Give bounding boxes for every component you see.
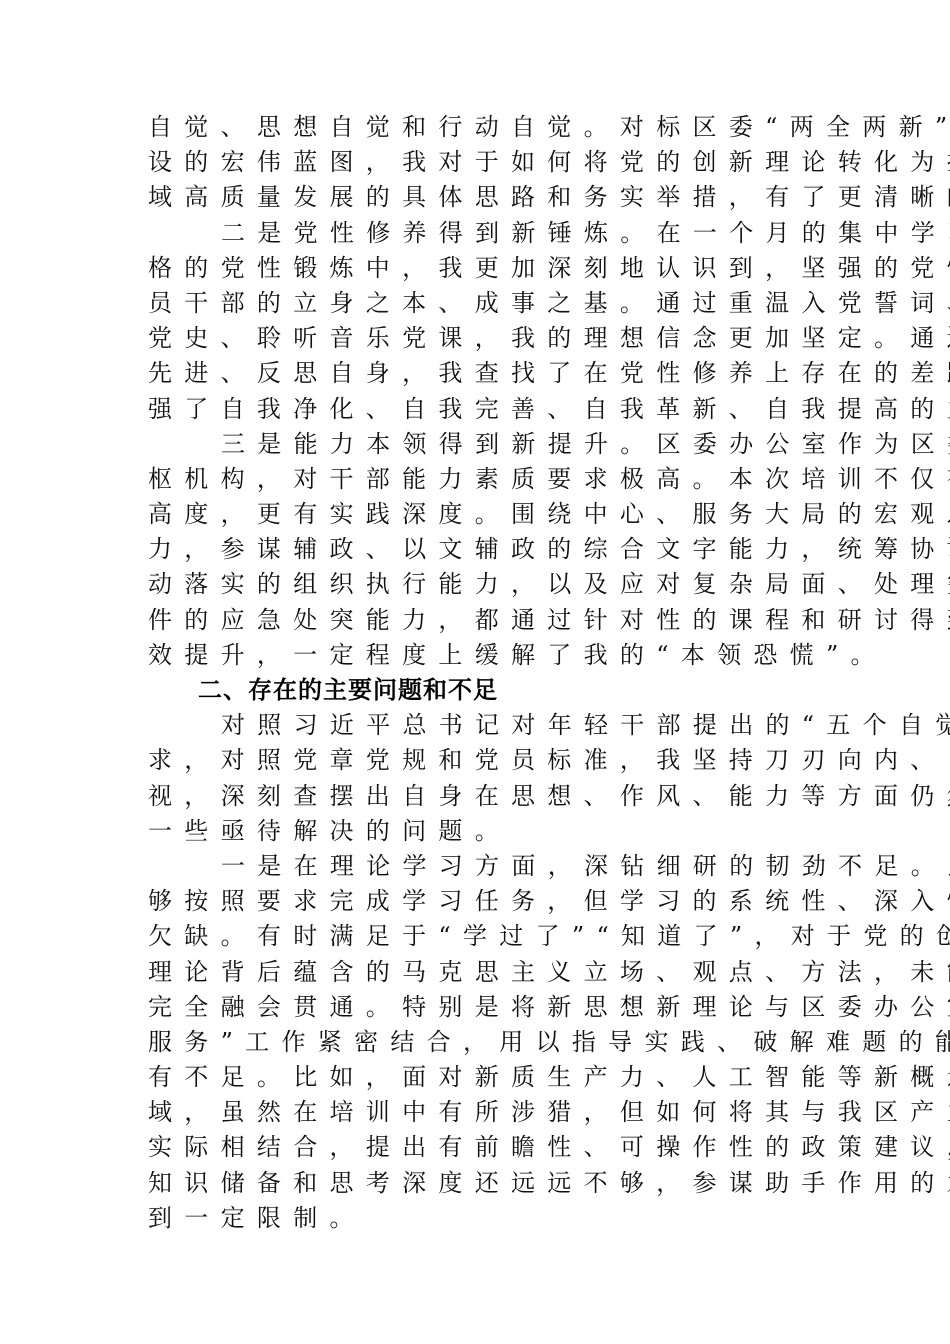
text-line: 知识储备和思考深度还远远不够，参谋助手作用的发挥受 — [148, 1166, 808, 1201]
text-line: 完全融会贯通。特别是将新思想新理论与区委办公室“三 — [148, 990, 808, 1025]
text-line: 求，对照党章党规和党员标准，我坚持刀刃向内、自我检 — [148, 743, 808, 778]
text-line: 先进、反思自身，我查找了在党性修养上存在的差距，增 — [148, 356, 808, 391]
text-line: 对照习近平总书记对年轻干部提出的“五个自觉”要 — [148, 708, 808, 743]
section-heading-problems: 二、存在的主要问题和不足 — [148, 673, 808, 708]
paragraph-party-spirit: 二是党性修养得到新锤炼。在一个月的集中学习和严 格的党性锻炼中，我更加深刻地认识… — [148, 216, 808, 427]
text-line: 件的应急处突能力，都通过针对性的课程和研讨得到了有 — [148, 603, 808, 638]
document-page: 自觉、思想自觉和行动自觉。对标区委“两全两新”新x建 设的宏伟蓝图，我对于如何将… — [148, 110, 808, 1236]
text-line: 域，虽然在培训中有所涉猎，但如何将其与我区产业发展 — [148, 1095, 808, 1130]
text-line: 域高质量发展的具体思路和务实举措，有了更清晰的认识。 — [148, 180, 808, 215]
text-line: 党史、聆听音乐党课，我的理想信念更加坚定。通过对标 — [148, 321, 808, 356]
paragraph-theory-awareness-continued: 自觉、思想自觉和行动自觉。对标区委“两全两新”新x建 设的宏伟蓝图，我对于如何将… — [148, 110, 808, 216]
text-line: 到一定限制。 — [148, 1201, 808, 1236]
paragraph-capability: 三是能力本领得到新提升。区委办公室作为区委的中 枢机构，对干部能力素质要求极高。… — [148, 427, 808, 673]
text-line: 强了自我净化、自我完善、自我革新、自我提高的主动性。 — [148, 392, 808, 427]
text-line: 力，参谋辅政、以文辅政的综合文字能力，统筹协调、推 — [148, 532, 808, 567]
text-line: 一是在理论学习方面，深钻细研的韧劲不足。虽然能 — [148, 849, 808, 884]
text-line: 效提升，一定程度上缓解了我的“本领恐慌”。 — [148, 638, 808, 673]
text-line: 视，深刻查摆出自身在思想、作风、能力等方面仍然存在 — [148, 779, 808, 814]
text-line: 有不足。比如，面对新质生产力、人工智能等新概念新领 — [148, 1060, 808, 1095]
text-line: 够按照要求完成学习任务，但学习的系统性、深入性还有 — [148, 884, 808, 919]
text-line: 动落实的组织执行能力，以及应对复杂局面、处理突发事 — [148, 567, 808, 602]
text-line: 三是能力本领得到新提升。区委办公室作为区委的中 — [148, 427, 808, 462]
text-line: 设的宏伟蓝图，我对于如何将党的创新理论转化为推动区 — [148, 145, 808, 180]
text-line: 理论背后蕴含的马克思主义立场、观点、方法，未能做到 — [148, 955, 808, 990]
text-line: 一些亟待解决的问题。 — [148, 814, 808, 849]
paragraph-problems-intro: 对照习近平总书记对年轻干部提出的“五个自觉”要 求，对照党章党规和党员标准，我坚… — [148, 708, 808, 849]
text-line: 枢机构，对干部能力素质要求极高。本次培训不仅有理论 — [148, 462, 808, 497]
text-line: 二是党性修养得到新锤炼。在一个月的集中学习和严 — [148, 216, 808, 251]
paragraph-theory-study-problem: 一是在理论学习方面，深钻细研的韧劲不足。虽然能 够按照要求完成学习任务，但学习的… — [148, 849, 808, 1236]
text-line: 欠缺。有时满足于“学过了”“知道了”，对于党的创新 — [148, 919, 808, 954]
text-line: 员干部的立身之本、成事之基。通过重温入党誓词、学习 — [148, 286, 808, 321]
text-line: 服务”工作紧密结合，用以指导实践、破解难题的能力尚 — [148, 1025, 808, 1060]
text-line: 高度，更有实践深度。围绕中心、服务大局的宏观思维能 — [148, 497, 808, 532]
text-line: 实际相结合，提出有前瞻性、可操作性的政策建议，我的 — [148, 1130, 808, 1165]
text-line: 自觉、思想自觉和行动自觉。对标区委“两全两新”新x建 — [148, 110, 808, 145]
text-line: 格的党性锻炼中，我更加深刻地认识到，坚强的党性是党 — [148, 251, 808, 286]
